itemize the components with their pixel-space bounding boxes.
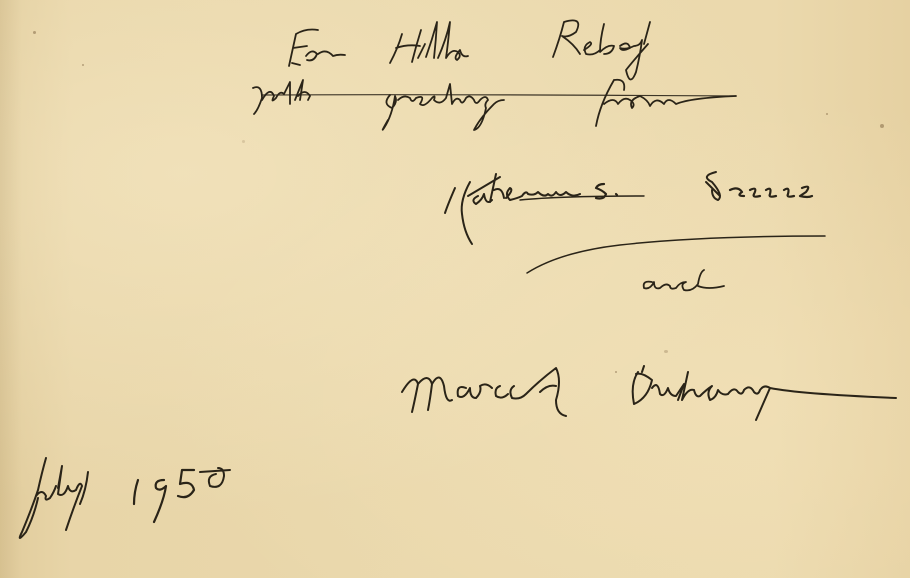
inscription-page: For Hilla Rebay with greetings from Kath… [0, 0, 910, 578]
handwriting-layer [0, 0, 910, 578]
dedication-line [289, 20, 650, 79]
flourish-underline [527, 236, 825, 273]
signature-marcel-duchamp [402, 366, 896, 420]
greeting-line [253, 80, 736, 130]
date-july-1950 [20, 458, 230, 538]
signature-katherine-dreier [445, 172, 812, 244]
conjunction-and [644, 270, 724, 290]
